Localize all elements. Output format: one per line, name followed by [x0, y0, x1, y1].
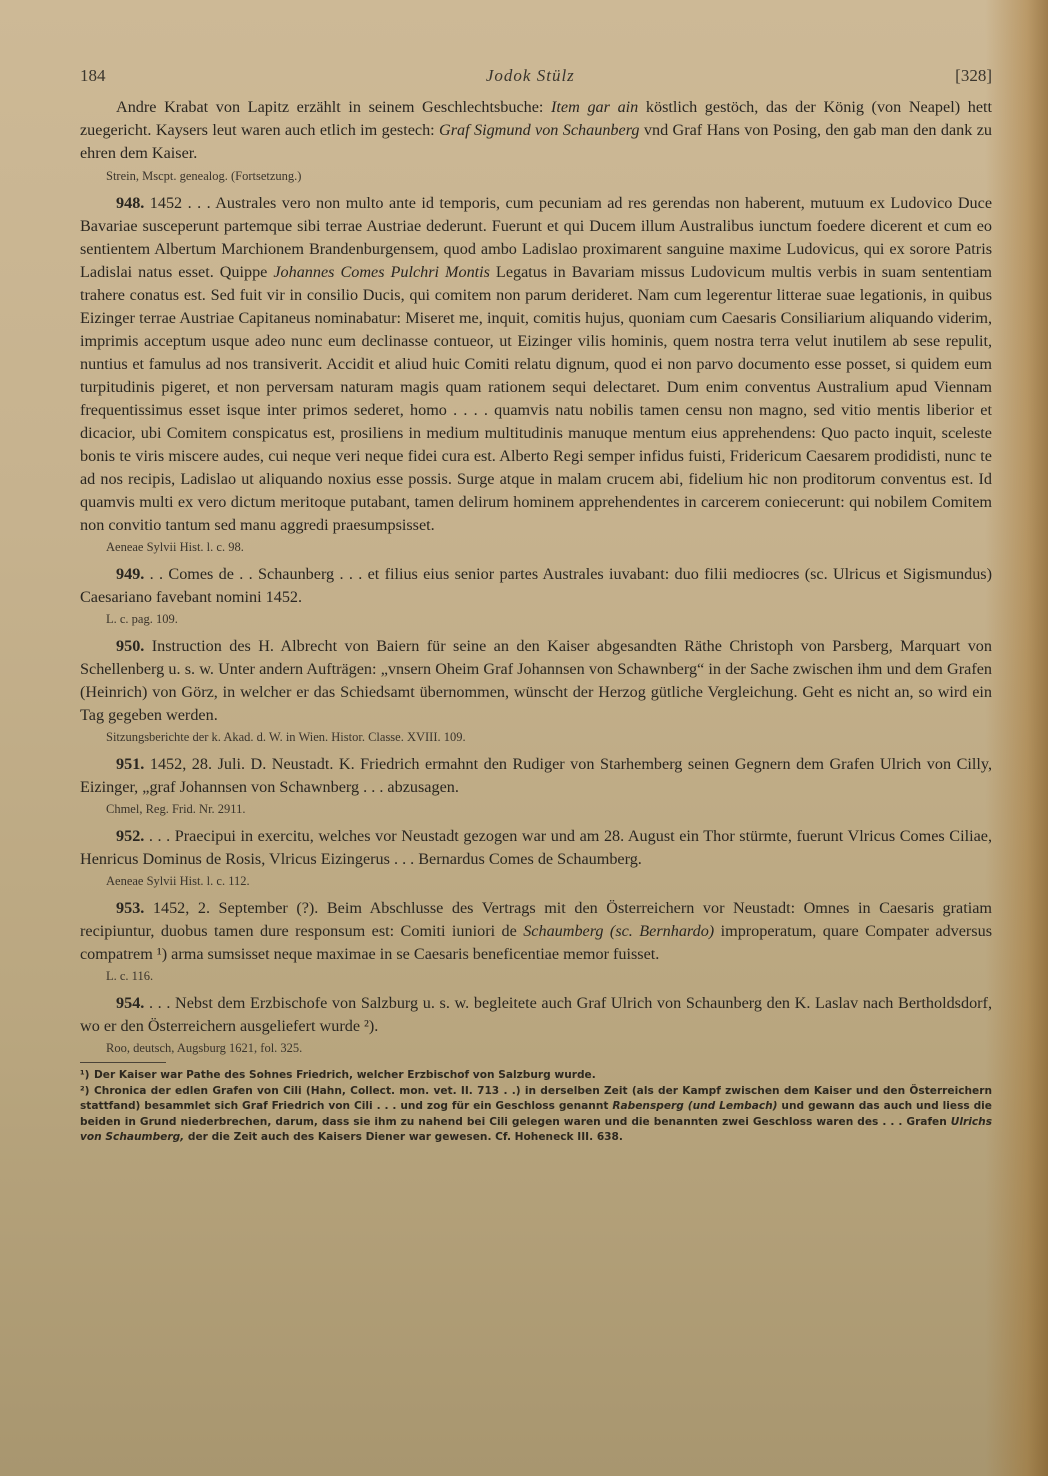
- entry-italic: Schaumberg (sc. Bernhardo): [523, 922, 714, 940]
- footnote-mark: ²): [80, 1084, 94, 1100]
- book-page: 184 Jodok Stülz [328] Andre Krabat von L…: [80, 66, 992, 1146]
- entry-text: 1452, 28. Juli. D. Neustadt. K. Friedric…: [80, 755, 992, 796]
- source-citation: Roo, deutsch, Augsburg 1621, fol. 325.: [80, 1039, 992, 1058]
- running-head: 184 Jodok Stülz [328]: [80, 66, 992, 96]
- entry-number: 949.: [116, 565, 144, 583]
- entry-text: Legatus in Bavariam missus Ludovicum mul…: [80, 263, 992, 534]
- entry-text: Instruction des H. Albrecht von Baiern f…: [80, 637, 992, 724]
- entry-number: 953.: [116, 899, 144, 917]
- entry-953: 953. 1452, 2. September (?). Beim Abschl…: [80, 897, 992, 966]
- footnote-divider: [80, 1062, 166, 1063]
- intro-italic-name: Graf Sigmund von Schaunberg: [439, 121, 639, 139]
- entry-text: . . Comes de . . Schaunberg . . . et fil…: [80, 565, 992, 606]
- entry-948: 948. 1452 . . . Australes vero non multo…: [80, 192, 992, 537]
- footnote-text: der die Zeit auch des Kaisers Diener war…: [184, 1131, 623, 1143]
- footnote-mark: ¹): [80, 1068, 94, 1084]
- source-citation: Aeneae Sylvii Hist. l. c. 98.: [80, 538, 992, 557]
- footnote-2: ²)Chronica der edlen Grafen von Cili (Ha…: [80, 1084, 992, 1146]
- footnote-1: ¹)Der Kaiser war Pathe des Sohnes Friedr…: [80, 1068, 992, 1084]
- intro-italic-quote: Item gar ain: [551, 98, 638, 116]
- entry-number: 951.: [116, 755, 144, 773]
- source-citation: Sitzungsberichte der k. Akad. d. W. in W…: [80, 728, 992, 747]
- running-title: Jodok Stülz: [486, 66, 575, 86]
- entry-number: 952.: [116, 827, 144, 845]
- entry-text: . . . Nebst dem Erzbischofe von Salzburg…: [80, 994, 992, 1035]
- intro-text: Andre Krabat von Lapitz erzählt in seine…: [116, 98, 551, 116]
- entry-number: 950.: [116, 637, 144, 655]
- source-citation: Chmel, Reg. Frid. Nr. 2911.: [80, 800, 992, 819]
- entry-italic: Johannes Comes Pulchri Montis: [273, 263, 490, 281]
- source-citation: L. c. pag. 109.: [80, 610, 992, 629]
- entry-950: 950. Instruction des H. Albrecht von Bai…: [80, 635, 992, 727]
- source-citation: L. c. 116.: [80, 967, 992, 986]
- entry-text: . . . Praecipui in exercitu, welches vor…: [80, 827, 992, 868]
- footnote-text: Der Kaiser war Pathe des Sohnes Friedric…: [94, 1069, 596, 1081]
- entry-954: 954. . . . Nebst dem Erzbischofe von Sal…: [80, 992, 992, 1038]
- entry-952: 952. . . . Praecipui in exercitu, welche…: [80, 825, 992, 871]
- entry-number: 948.: [116, 194, 144, 212]
- intro-paragraph: Andre Krabat von Lapitz erzählt in seine…: [80, 96, 992, 165]
- entry-number: 954.: [116, 994, 144, 1012]
- source-citation: Aeneae Sylvii Hist. l. c. 112.: [80, 872, 992, 891]
- bracket-page-number: [328]: [955, 66, 992, 86]
- entry-951: 951. 1452, 28. Juli. D. Neustadt. K. Fri…: [80, 753, 992, 799]
- footnote-italic: Rabensperg (und Lembach): [612, 1100, 777, 1112]
- source-citation: Strein, Mscpt. genealog. (Fortsetzung.): [80, 167, 992, 186]
- page-number: 184: [80, 66, 106, 86]
- entry-949: 949. . . Comes de . . Schaunberg . . . e…: [80, 563, 992, 609]
